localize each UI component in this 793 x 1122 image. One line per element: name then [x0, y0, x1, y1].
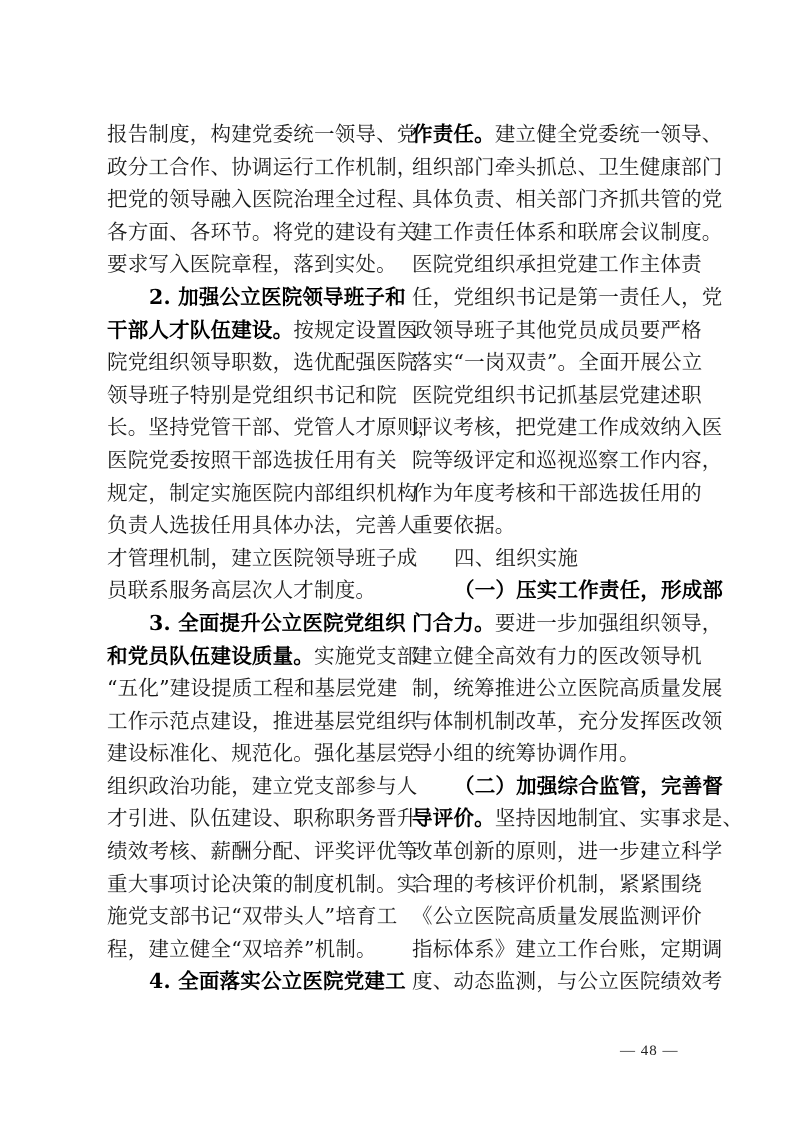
text-line: （二）加强综合监管，完善督 [412, 770, 692, 803]
body-text: 坚持因地制宜、实事求是、 [495, 806, 743, 830]
body-text: 建立健全高效有力的医改领导机 [412, 644, 702, 668]
text-line: 建立健全高效有力的医改领导机 [412, 640, 692, 673]
text-line: 3. 全面提升公立医院党组织 [107, 607, 387, 640]
text-line: 组织政治功能，建立党支部参与人 [107, 770, 387, 803]
text-line: 医院党组织书记抓基层党建述职 [412, 379, 692, 412]
left-column: 报告制度，构建党委统一领导、党政分工合作、协调运行工作机制，把党的领导融入医院治… [107, 118, 387, 998]
text-line: 医院党组织承担党建工作主体责 [412, 248, 692, 281]
text-line: 2. 加强公立医院领导班子和 [107, 281, 387, 314]
body-text: 负责人选拔任用具体办法，完善人 [107, 513, 418, 537]
body-text: 建设标准化、规范化。强化基层党 [107, 741, 418, 765]
bold-heading-text: 和党员队伍建设质量。 [107, 644, 314, 668]
text-line: 具体负责、相关部门齐抓共管的党 [412, 183, 692, 216]
body-text: 按规定设置医 [293, 318, 417, 342]
body-text: 要进一步加强组织领导， [495, 611, 723, 635]
body-text: 程，建立健全“双培养”机制。 [107, 937, 377, 961]
document-page: 报告制度，构建党委统一领导、党政分工合作、协调运行工作机制，把党的领导融入医院治… [0, 0, 793, 1122]
text-line: 指标体系》建立工作台账，定期调 [412, 933, 692, 966]
body-text: 才引进、队伍建设、职称职务晋升、 [107, 806, 438, 830]
body-text: 各方面、各环节。将党的建设有关 [107, 220, 418, 244]
text-line: 负责人选拔任用具体办法，完善人 [107, 509, 387, 542]
text-line: 员联系服务高层次人才制度。 [107, 574, 387, 607]
body-text: 施党支部书记“双带头人”培育工 [107, 904, 397, 928]
body-text: 评议考核，把党建工作成效纳入医 [412, 415, 723, 439]
body-text: 实施党支部 [314, 644, 418, 668]
body-text: 医院党组织书记抓基层党建述职 [412, 383, 702, 407]
body-text: 组织政治功能，建立党支部参与人 [107, 774, 418, 798]
body-text: 制，统筹推进公立医院高质量发展 [412, 676, 723, 700]
text-line: 院党组织领导职数，选优配强医院 [107, 346, 387, 379]
text-line: 和党员队伍建设质量。实施党支部 [107, 640, 387, 673]
text-line: 规定，制定实施医院内部组织机构 [107, 477, 387, 510]
text-line: 评议考核，把党建工作成效纳入医 [412, 411, 692, 444]
body-text: 改革创新的原则，进一步建立科学 [412, 839, 723, 863]
bold-heading-text: 3. 全面提升公立医院党组织 [149, 611, 406, 635]
text-line: 干部人才队伍建设。按规定设置医 [107, 314, 387, 347]
text-line: 与体制机制改革，充分发挥医改领 [412, 705, 692, 738]
right-column: 作责任。建立健全党委统一领导、组织部门牵头抓总、卫生健康部门具体负责、相关部门齐… [412, 118, 692, 998]
text-line: 重大事项讨论决策的制度机制。实 [107, 868, 387, 901]
body-text: 重大事项讨论决策的制度机制。实 [107, 872, 418, 896]
text-line: 作责任。建立健全党委统一领导、 [412, 118, 692, 151]
text-line: 工作示范点建设，推进基层党组织 [107, 705, 387, 738]
body-text: 政领导班子其他党员成员要严格 [412, 318, 702, 342]
body-text: 员联系服务高层次人才制度。 [107, 578, 376, 602]
text-line: 领导班子特别是党组织书记和院 [107, 379, 387, 412]
body-text: 建立健全党委统一领导、 [495, 122, 723, 146]
body-text: 长。坚持党管干部、党管人才原则， [107, 415, 438, 439]
body-text: 重要依据。 [412, 513, 516, 537]
bold-heading-text: 干部人才队伍建设。 [107, 318, 293, 342]
body-text: 院党组织领导职数，选优配强医院 [107, 350, 418, 374]
body-text: 报告制度，构建党委统一领导、党 [107, 122, 418, 146]
text-line: 把党的领导融入医院治理全过程、 [107, 183, 387, 216]
text-line: 4. 全面落实公立医院党建工 [107, 965, 387, 998]
body-text: 落实“一岗双责”。全面开展公立 [412, 350, 702, 374]
body-text: 指标体系》建立工作台账，定期调 [412, 937, 723, 961]
body-text: 才管理机制，建立医院领导班子成 [107, 546, 418, 570]
body-text: 与体制机制改革，充分发挥医改领 [412, 709, 723, 733]
body-text: 建工作责任体系和联席会议制度。 [412, 220, 723, 244]
text-line: 门合力。要进一步加强组织领导， [412, 607, 692, 640]
body-text: 《公立医院高质量发展监测评价 [412, 904, 702, 928]
bold-heading-text: 导评价。 [412, 806, 495, 830]
text-line: 建设标准化、规范化。强化基层党 [107, 737, 387, 770]
text-line: 组织部门牵头抓总、卫生健康部门 [412, 151, 692, 184]
section-heading: 四、组织实施 [454, 546, 578, 570]
text-line: 各方面、各环节。将党的建设有关 [107, 216, 387, 249]
text-line: 建工作责任体系和联席会议制度。 [412, 216, 692, 249]
text-line: 报告制度，构建党委统一领导、党 [107, 118, 387, 151]
text-line: （一）压实工作责任，形成部 [412, 574, 692, 607]
bold-heading-text: （一）压实工作责任，形成部 [454, 578, 723, 602]
body-text: 绩效考核、薪酬分配、评奖评优等 [107, 839, 418, 863]
text-line: 作为年度考核和干部选拔任用的 [412, 477, 692, 510]
body-text: 工作示范点建设，推进基层党组织 [107, 709, 418, 733]
text-line: 导小组的统筹协调作用。 [412, 737, 692, 770]
body-text: 要求写入医院章程，落到实处。 [107, 252, 397, 276]
body-text: 组织部门牵头抓总、卫生健康部门 [412, 155, 723, 179]
body-text: 医院党组织承担党建工作主体责 [412, 252, 702, 276]
text-line: 才管理机制，建立医院领导班子成 [107, 542, 387, 575]
text-line: 任，党组织书记是第一责任人，党 [412, 281, 692, 314]
text-line: 导评价。坚持因地制宜、实事求是、 [412, 802, 692, 835]
body-text: 院等级评定和巡视巡察工作内容， [412, 448, 723, 472]
body-text: 医院党委按照干部选拔任用有关 [107, 448, 397, 472]
text-line: 医院党委按照干部选拔任用有关 [107, 444, 387, 477]
text-line: 要求写入医院章程，落到实处。 [107, 248, 387, 281]
body-text: 任，党组织书记是第一责任人，党 [412, 285, 723, 309]
bold-heading-text: 门合力。 [412, 611, 495, 635]
text-line: 施党支部书记“双带头人”培育工 [107, 900, 387, 933]
text-line: 度、动态监测，与公立医院绩效考 [412, 965, 692, 998]
body-text: 规定，制定实施医院内部组织机构 [107, 481, 418, 505]
text-line: 《公立医院高质量发展监测评价 [412, 900, 692, 933]
text-line: 政分工合作、协调运行工作机制， [107, 151, 387, 184]
body-text: “五化”建设提质工程和基层党建 [107, 676, 397, 700]
text-line: 改革创新的原则，进一步建立科学 [412, 835, 692, 868]
body-text: 合理的考核评价机制，紧紧围绕 [412, 872, 702, 896]
body-text: 作为年度考核和干部选拔任用的 [412, 481, 702, 505]
bold-heading-text: （二）加强综合监管，完善督 [454, 774, 723, 798]
bold-heading-text: 2. 加强公立医院领导班子和 [149, 285, 406, 309]
body-text: 度、动态监测，与公立医院绩效考 [412, 969, 723, 993]
body-text: 导小组的统筹协调作用。 [412, 741, 640, 765]
body-text: 把党的领导融入医院治理全过程、 [107, 187, 418, 211]
body-text: 具体负责、相关部门齐抓共管的党 [412, 187, 723, 211]
text-line: 长。坚持党管干部、党管人才原则， [107, 411, 387, 444]
text-line: 落实“一岗双责”。全面开展公立 [412, 346, 692, 379]
body-text: 领导班子特别是党组织书记和院 [107, 383, 397, 407]
text-line: 绩效考核、薪酬分配、评奖评优等 [107, 835, 387, 868]
body-text: 政分工合作、协调运行工作机制， [107, 155, 418, 179]
bold-heading-text: 作责任。 [412, 122, 495, 146]
bold-heading-text: 4. 全面落实公立医院党建工 [149, 969, 406, 993]
text-line: 政领导班子其他党员成员要严格 [412, 314, 692, 347]
text-line: 才引进、队伍建设、职称职务晋升、 [107, 802, 387, 835]
text-line: 制，统筹推进公立医院高质量发展 [412, 672, 692, 705]
page-number: — 48 — [620, 1043, 679, 1060]
text-line: 合理的考核评价机制，紧紧围绕 [412, 868, 692, 901]
text-line: “五化”建设提质工程和基层党建 [107, 672, 387, 705]
text-line: 院等级评定和巡视巡察工作内容， [412, 444, 692, 477]
text-line: 重要依据。 [412, 509, 692, 542]
text-line: 四、组织实施 [412, 542, 692, 575]
text-line: 程，建立健全“双培养”机制。 [107, 933, 387, 966]
